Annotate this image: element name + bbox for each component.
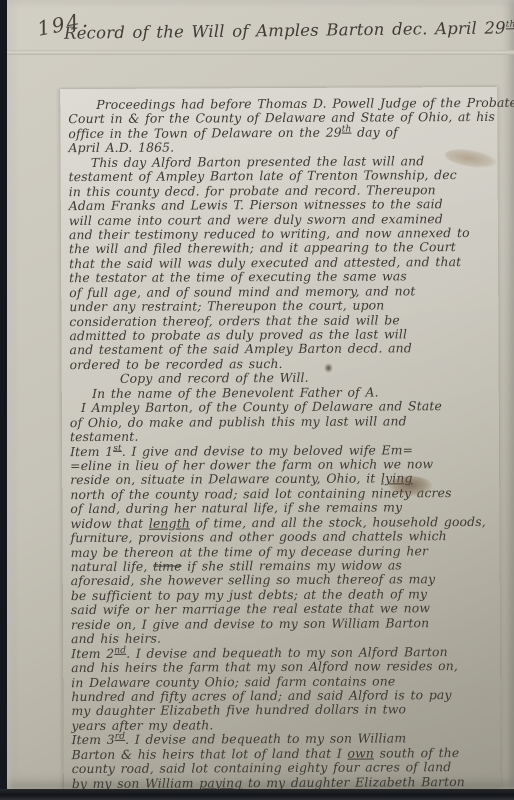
text-body: Proceedings had before Thomas D. Powell …: [68, 96, 498, 790]
text-panel: Proceedings had before Thomas D. Powell …: [60, 87, 501, 790]
photo-frame: 194. Record of the Will of Amples Barton…: [0, 0, 514, 800]
brown-blot-stain: [388, 476, 432, 496]
page-title: Record of the Will of Amples Barton dec.…: [64, 18, 514, 43]
horizontal-crease: [7, 50, 514, 55]
photo-bottom-edge: [0, 789, 514, 800]
ledger-page: 194. Record of the Will of Amples Barton…: [7, 0, 514, 789]
ink-dot-stain: [324, 363, 333, 373]
